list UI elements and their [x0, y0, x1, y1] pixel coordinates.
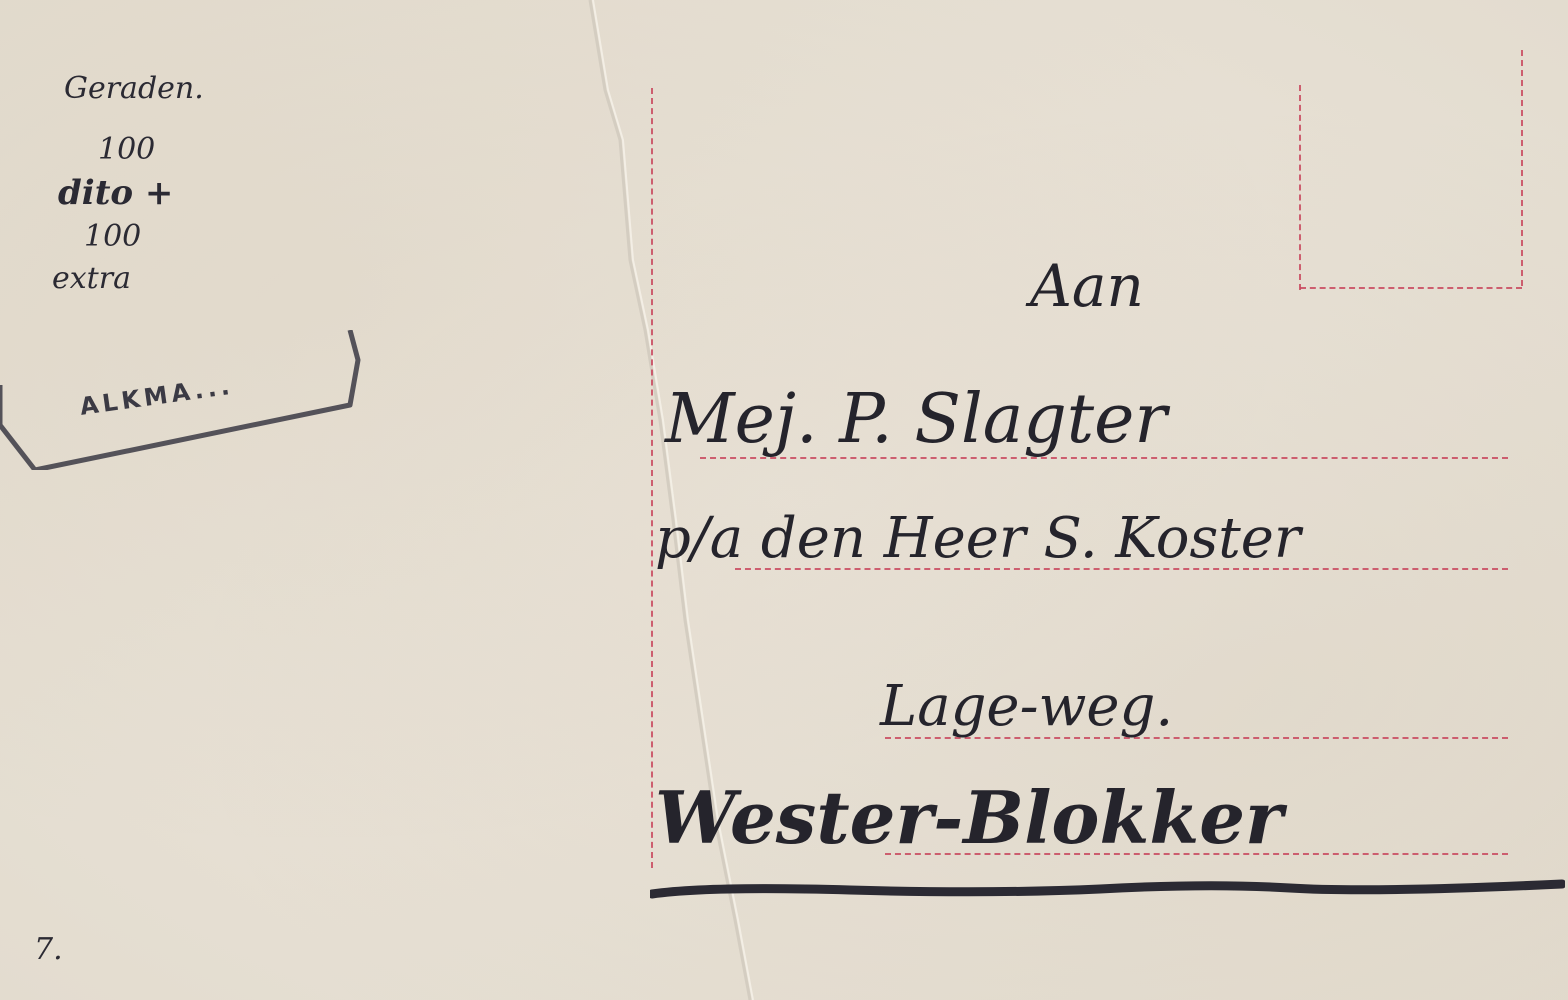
note-line-dito: dito +: [58, 176, 173, 210]
postcard: Geraden. 100 dito + 100 extra ALKMA... A…: [0, 0, 1568, 1000]
stamp-box-left: [1299, 85, 1301, 290]
town-underline: [650, 878, 1565, 900]
address-salutation: Aan: [1030, 252, 1144, 320]
address-recipient: Mej. P. Slagter: [665, 380, 1167, 459]
folio-mark: 7.: [34, 932, 63, 967]
address-care-of: p/a den Heer S. Koster: [655, 506, 1301, 571]
note-line-extra: extra: [52, 262, 131, 296]
address-town: Wester-Blokker: [655, 775, 1283, 860]
note-line-geraden: Geraden.: [64, 72, 204, 106]
note-line-100-a: 100: [98, 133, 155, 167]
address-margin-line: [651, 88, 653, 868]
note-line-100-b: 100: [84, 220, 141, 254]
address-street: Lage-weg.: [880, 674, 1173, 739]
stamp-box-right: [1521, 50, 1523, 286]
stamp-box-bottom: [1300, 287, 1522, 289]
